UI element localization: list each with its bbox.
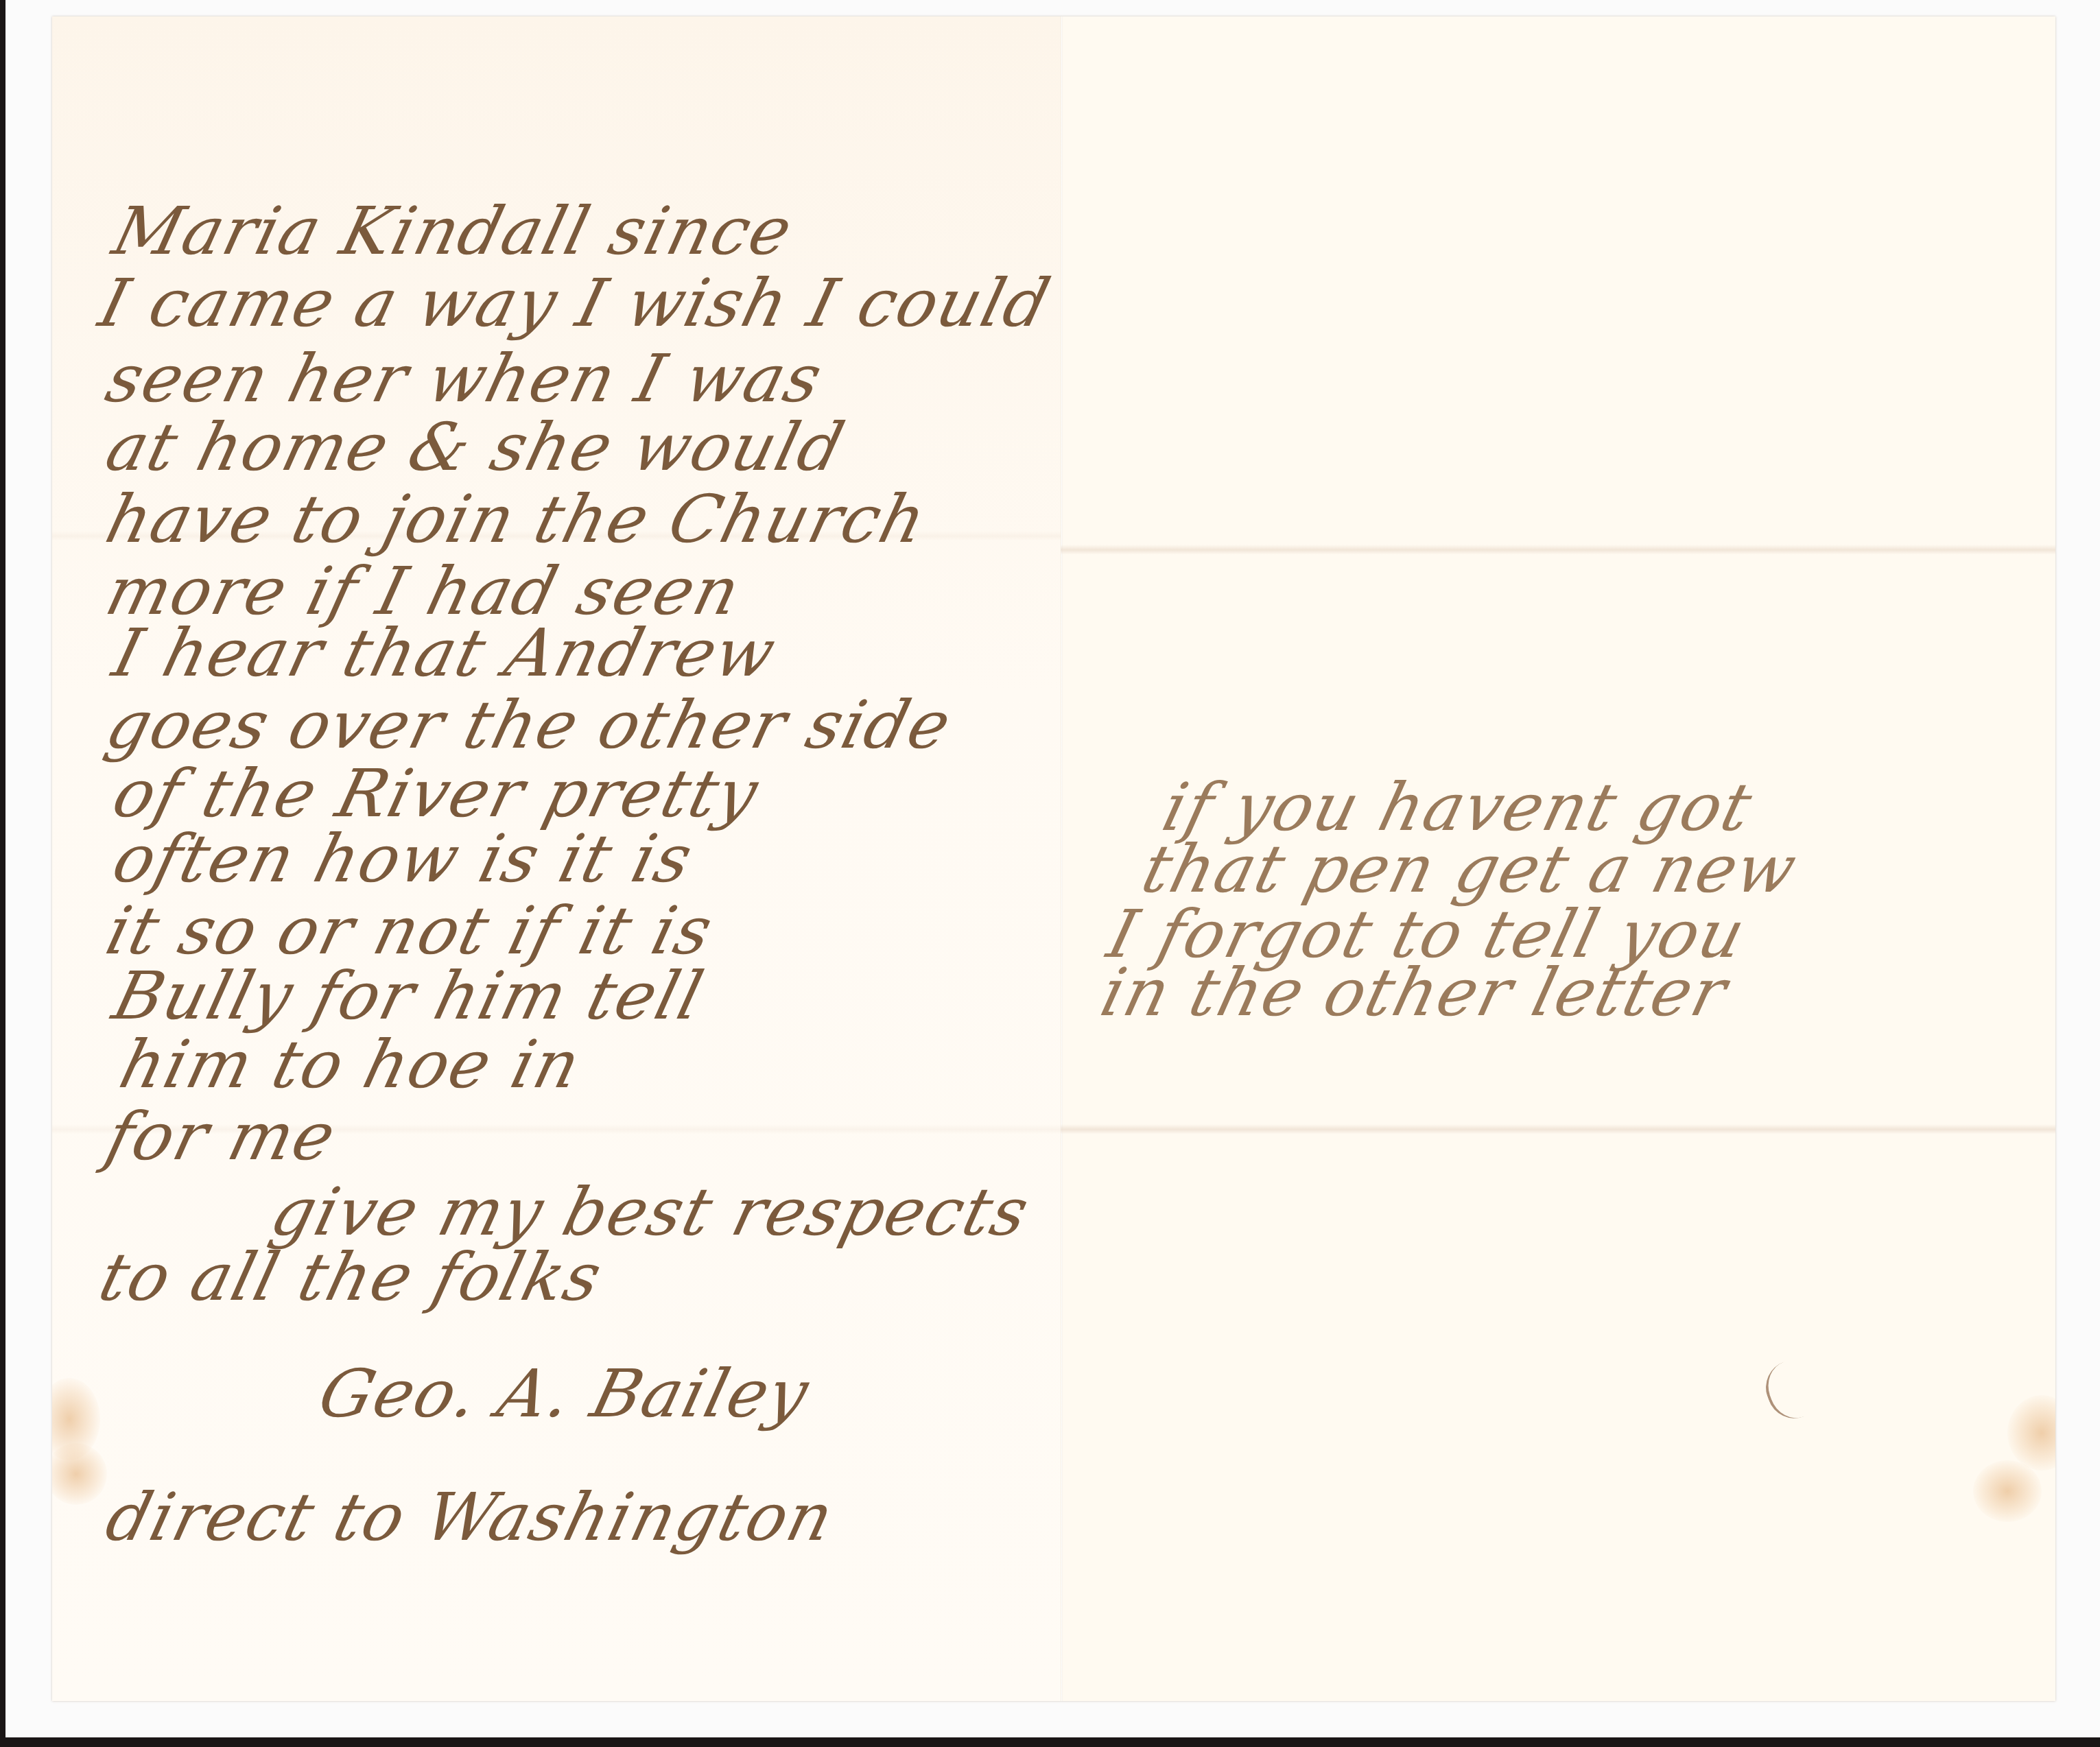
letter-sheet: Maria Kindall since I came a way I wish …: [52, 16, 2055, 1701]
foxing-stain: [2007, 1395, 2055, 1471]
letter-line: seen her when I was: [100, 346, 829, 412]
horizontal-fold-line: [1061, 545, 2055, 554]
letter-line: have to join the Church: [100, 486, 933, 552]
horizontal-fold-line: [1061, 1124, 2055, 1134]
letter-line: Maria Kindall since: [107, 198, 799, 264]
scanner-frame-left: [0, 0, 5, 1747]
letter-line: goes over the other side: [100, 692, 958, 758]
ink-mark: [1758, 1361, 1806, 1426]
letter-line: at home & she would: [100, 414, 851, 480]
letter-line: of the River pretty: [107, 761, 765, 827]
closing-line: give my best respects: [265, 1179, 1036, 1245]
closing-line: to all the folks: [93, 1244, 609, 1310]
letter-line: I hear that Andrew: [107, 620, 783, 686]
signature: Geo. A. Bailey: [313, 1361, 816, 1427]
foxing-stain: [1973, 1460, 2042, 1522]
letter-line: Bully for him tell: [107, 963, 710, 1029]
letter-line: for me: [100, 1104, 343, 1169]
foxing-stain: [52, 1443, 107, 1505]
letter-line: I came a way I wish I could: [93, 270, 1057, 336]
vertical-fold-line: [1061, 16, 1063, 1701]
letter-line: it so or not if it is: [100, 898, 720, 964]
postscript-line: that pen get a new: [1136, 836, 1804, 902]
letter-line: often how is it is: [107, 826, 700, 892]
postscript-line: in the other letter: [1095, 960, 1734, 1025]
letter-line: him to hoe in: [114, 1032, 587, 1097]
scanner-frame-bottom: [0, 1737, 2100, 1747]
address-direction: direct to Washington: [100, 1484, 840, 1550]
